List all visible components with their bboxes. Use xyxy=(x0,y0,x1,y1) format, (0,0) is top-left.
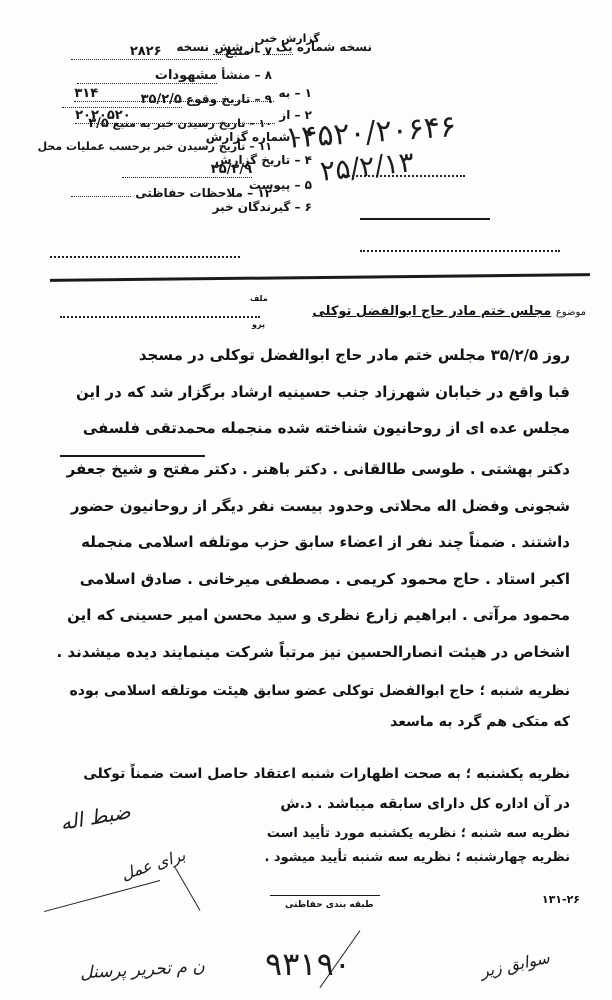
field-6: ۶ – گیرندگان خبر xyxy=(213,200,312,214)
handwritten-bottom-note-right: سوابق زیر xyxy=(479,948,551,981)
field-label: ملاحظات حفاظتی xyxy=(135,186,243,200)
field-number: ۸ xyxy=(265,68,272,82)
handwritten-bottom-number: ۹۳۱۹۰ xyxy=(265,945,351,983)
field-9: ۹ – تاریخ وقوع ۳۵/۲/۵ xyxy=(62,92,272,108)
handwritten-bottom-note-left: ن م تحریر پرسنل xyxy=(80,957,206,984)
field-label: منشأ xyxy=(221,68,250,82)
field-7: ۷ – منبع ۲۸۲۶ xyxy=(71,44,272,60)
opinion-sunday: نظریه یکشنبه ؛ به صحت اظهارات شنبه اعتقا… xyxy=(83,766,570,782)
body-line-5: شجونی وفضل اله محلاتی وحدود بیست نفر دیگ… xyxy=(71,497,570,515)
opinion-saturday-cont: که متکی هم گرد به ماسعد xyxy=(390,714,570,730)
body-line-8: محمود مرآتی . ابراهیم زارع نظری و سید مح… xyxy=(67,606,570,624)
handwritten-scribble: برای عمل xyxy=(119,845,188,884)
body-line-3: مجلس عده ای از روحانیون شناخته شده منجمل… xyxy=(83,419,570,437)
field-number: ۷ xyxy=(265,44,272,58)
opinion-label: نظریه چهارشنبه ؛ xyxy=(456,850,570,865)
field-value: ۳۵/۲/۵ xyxy=(62,92,182,108)
underline-mark xyxy=(60,455,205,457)
opinion-label: نظریه سه شنبه ؛ xyxy=(461,826,570,841)
scanned-document-page: گزارش خبر نسخه شماره یک از شش نسخه ۱ – ب… xyxy=(0,0,612,1000)
field-6-line xyxy=(360,218,490,220)
opinion-wednesday: نظریه چهارشنبه ؛ نظریه سه شنبه تأیید میش… xyxy=(264,850,570,865)
opinion-sunday-cont: در آن اداره کل دارای سابقه میباشد . د.ش xyxy=(280,796,570,812)
field-number: ۱ xyxy=(305,86,312,100)
handwritten-stroke xyxy=(175,867,201,911)
field-number: ۱۰ xyxy=(259,117,272,130)
field-label: به xyxy=(279,86,291,100)
opinion-text: به صحت اظهارات شنبه اعتقاد حاصل است ضمنا… xyxy=(83,766,461,782)
body-line-4: دکتر بهشتی . طوسی طالقانی . دکتر باهنر .… xyxy=(67,460,570,478)
field-number: ۱۱ xyxy=(259,140,272,153)
field-value: مشهودات xyxy=(77,68,217,84)
form-code: ۱۳۱-۲۶ xyxy=(542,893,580,906)
field-number: ۴ xyxy=(305,153,312,167)
field-value: ۲۸۲۶ xyxy=(71,44,221,60)
subject-superscript: ملف xyxy=(250,294,268,303)
subject-text: مجلس ختم مادر حاج ابوالفضل توکلی xyxy=(312,304,551,319)
field-label: تاریخ وقوع xyxy=(186,92,250,106)
field-number: ۱۲ xyxy=(257,186,272,200)
subject-label: موضوع xyxy=(556,307,586,318)
header-divider xyxy=(50,273,590,282)
opinion-text: نظریه یکشنبه مورد تأیید است xyxy=(267,826,456,841)
separator-dots-left xyxy=(50,256,240,258)
field-8: ۸ – منشأ مشهودات xyxy=(77,68,272,84)
field-label: تاریخ رسیدن خبر برحسب عملیات محل xyxy=(38,140,246,153)
field-number: ۵ xyxy=(305,178,312,192)
field-10: ۱۰ – تاریخ رسیدن خبر به منبع ۳/۵ xyxy=(88,116,272,131)
opinion-label: نظریه یکشنبه ؛ xyxy=(466,766,570,782)
body-line-7: اکبر استاد . حاج محمود کریمی . مصطفی میر… xyxy=(80,570,570,588)
subject-dots xyxy=(60,316,260,318)
separator-dots-right xyxy=(360,250,560,252)
classification-line xyxy=(270,895,380,896)
body-line-2: قبا واقع در خیابان شهرزاد جنب حسینیه ارش… xyxy=(76,383,570,401)
field-label: تاریخ رسیدن خبر به منبع xyxy=(113,117,246,130)
opinion-text: که متکی هم گرد به ماسعد xyxy=(390,714,570,730)
field-label: گیرندگان خبر xyxy=(213,200,291,214)
opinion-text: در آن اداره کل دارای سابقه میباشد . د.ش xyxy=(280,796,570,812)
body-line-9: اشخاص در هیئت انصارالحسین نیز مرتباً شرک… xyxy=(57,643,571,661)
opinion-saturday: نظریه شنبه ؛ حاج ابوالفضل توکلی عضو سابق… xyxy=(70,683,571,699)
field-12: ۱۲ – ملاحظات حفاظتی xyxy=(71,186,272,200)
field-value: ۳۵/۲/۹ xyxy=(122,162,252,178)
subject-line: موضوع مجلس ختم مادر حاج ابوالفضل توکلی xyxy=(312,304,586,319)
field-11: ۱۱ – تاریخ رسیدن خبر برحسب عملیات محل xyxy=(38,140,272,153)
handwritten-margin-note: ضبط اله xyxy=(58,799,132,835)
field-11-value-row: ۳۵/۲/۹ xyxy=(122,162,252,178)
field-number: ۹ xyxy=(265,92,272,106)
body-line-6: داشتند . ضمناً چند نفر از اعضاء سابق حزب… xyxy=(81,533,570,551)
subject-subscript: پرو xyxy=(252,320,265,329)
body-line-1: روز ۳۵/۲/۵ مجلس ختم مادر حاج ابوالفضل تو… xyxy=(139,346,570,364)
handwritten-stroke xyxy=(44,880,160,912)
field-label: منبع xyxy=(225,44,250,58)
opinion-tuesday: نظریه سه شنبه ؛ نظریه یکشنبه مورد تأیید … xyxy=(267,826,570,841)
opinion-label: نظریه شنبه ؛ xyxy=(480,683,570,699)
opinion-text: حاج ابوالفضل توکلی عضو سابق هیئت موتلفه … xyxy=(70,683,475,699)
opinion-text: نظریه سه شنبه تأیید میشود . xyxy=(264,850,451,865)
copy-number-label: نسخه شماره xyxy=(297,40,372,54)
field-number: ۶ xyxy=(305,200,312,214)
classification-label: طبقه بندی حفاظتی xyxy=(285,900,373,910)
field-value: ۳/۵ xyxy=(88,116,109,131)
field-value xyxy=(71,196,131,197)
